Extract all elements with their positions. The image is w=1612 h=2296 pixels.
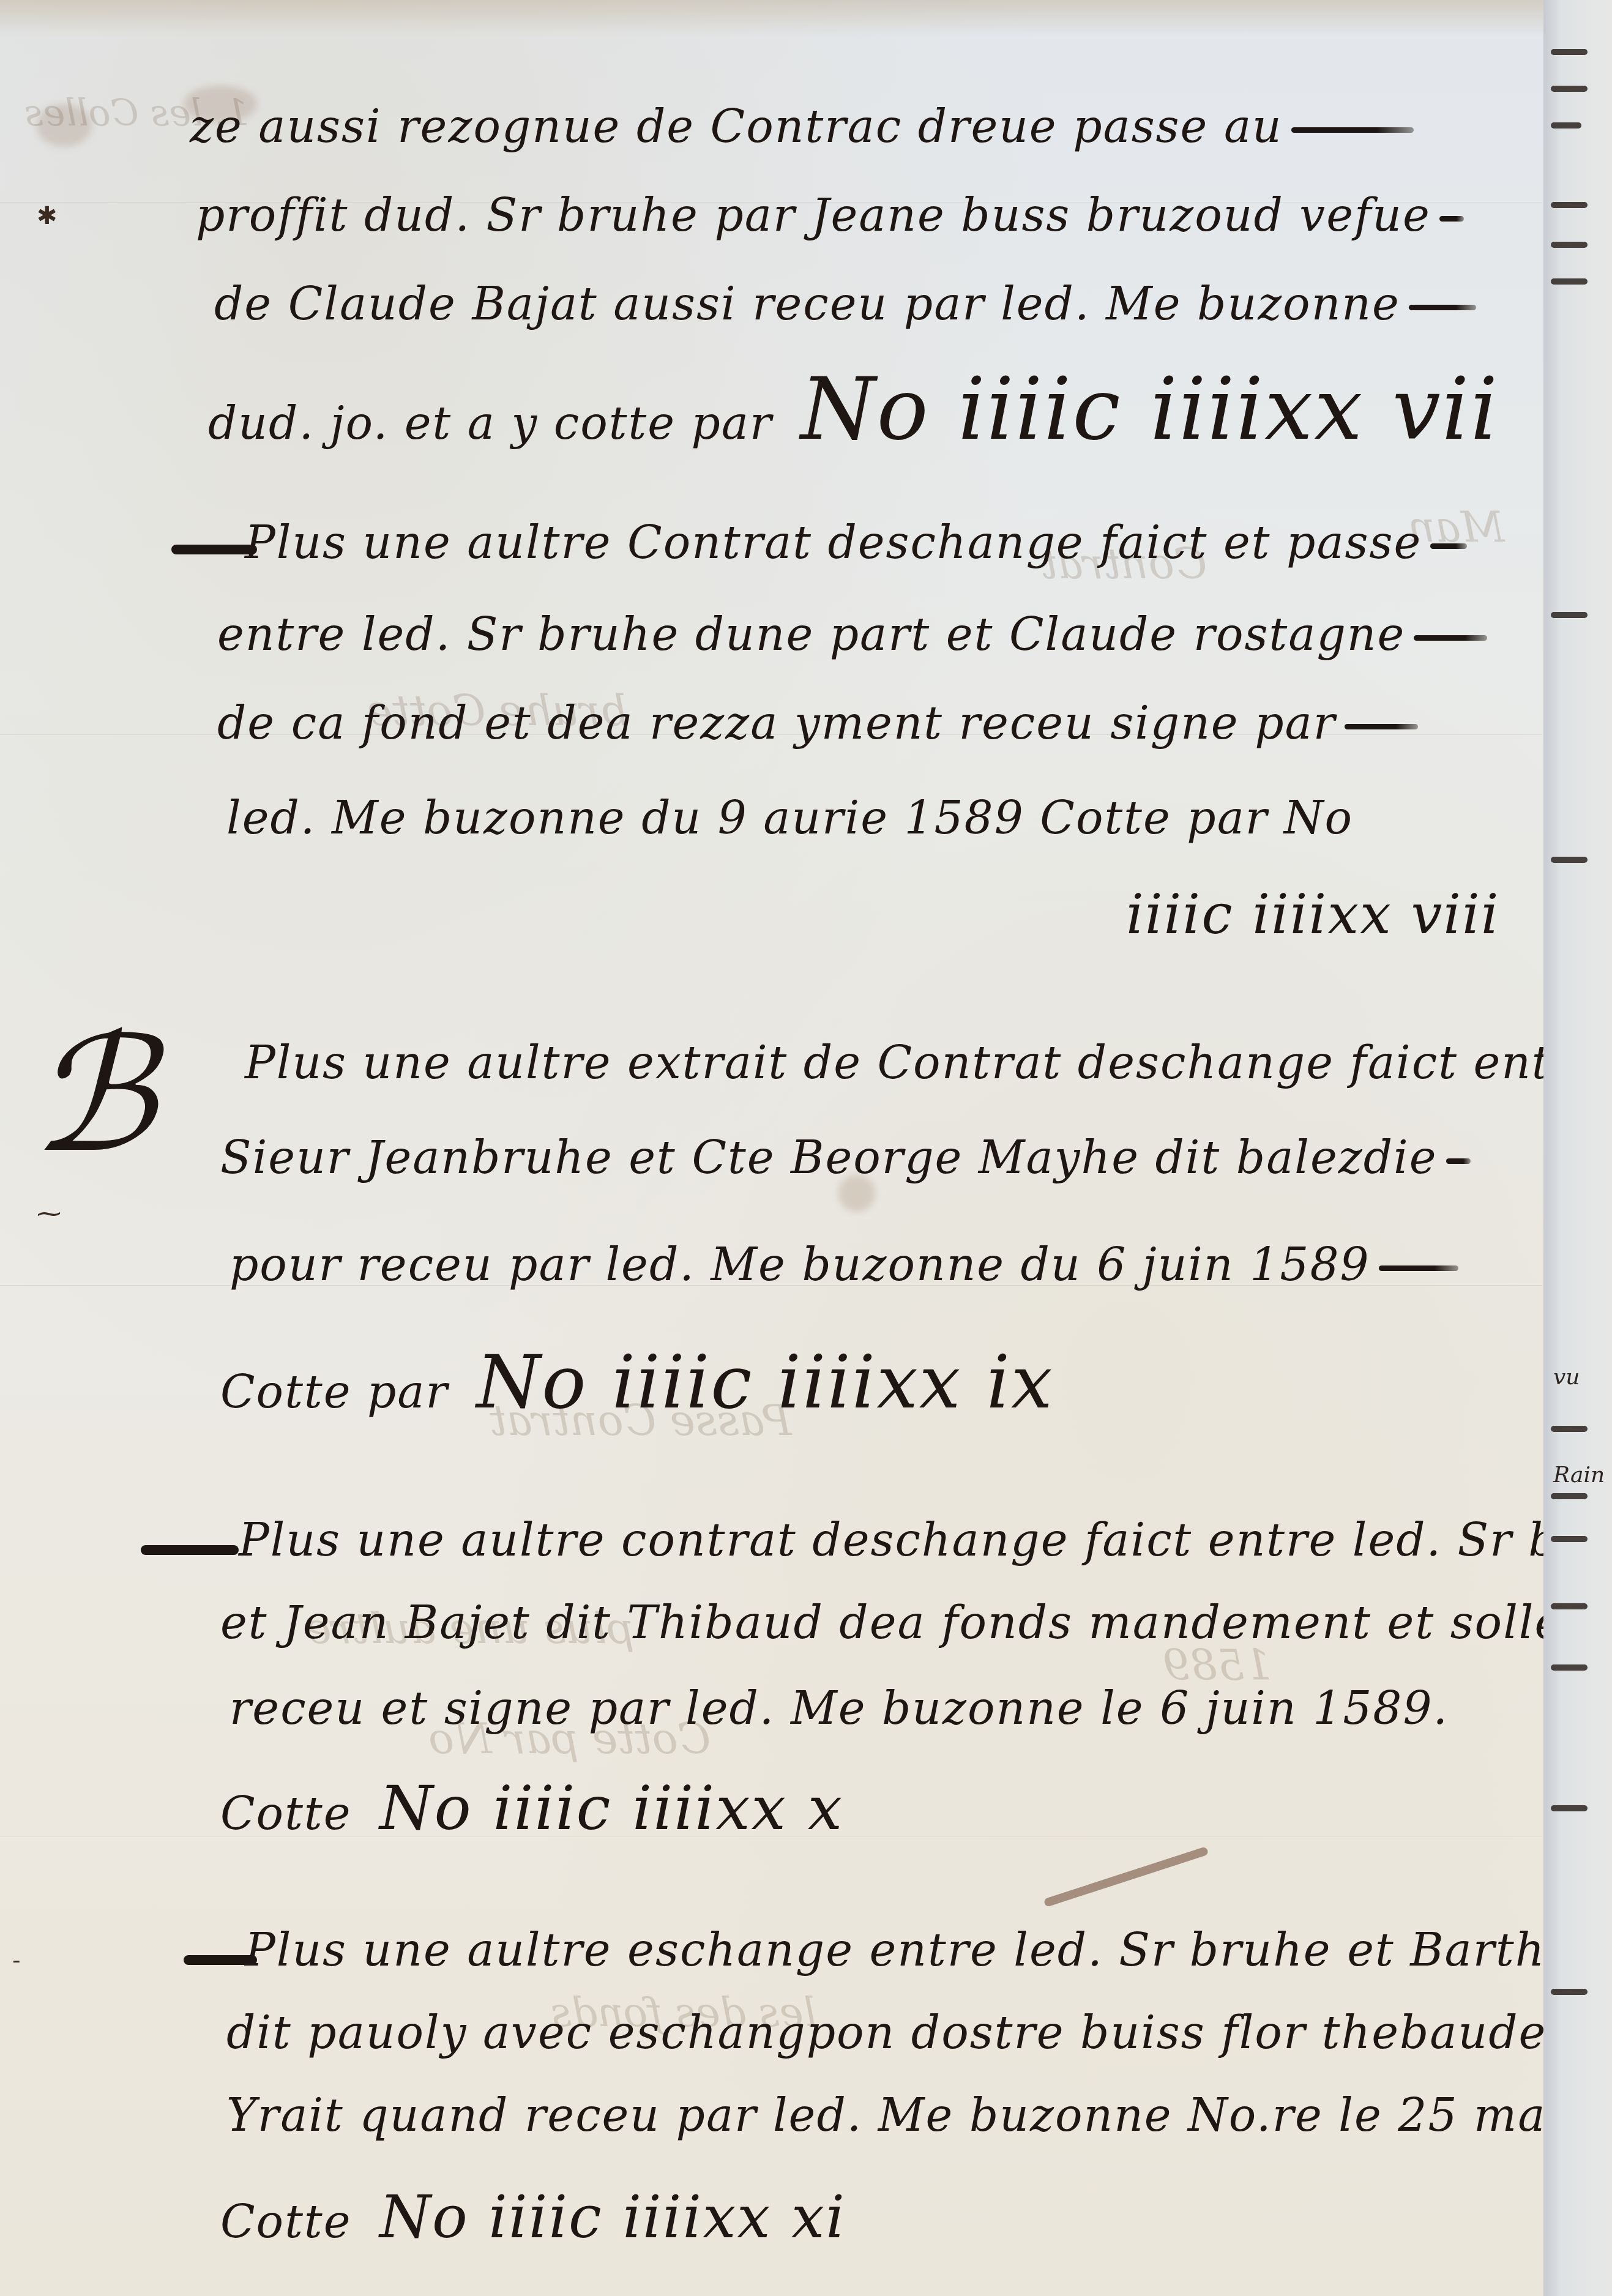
line-text: de Claude Bajat aussi receu par led. Me … — [214, 278, 1400, 330]
line-filler-stroke — [1414, 635, 1487, 641]
line-filler-stroke — [1345, 724, 1418, 729]
catalog-number: No iiiic iiiixx x — [379, 1772, 843, 1844]
edge-word-fragment: vu — [1553, 1365, 1580, 1390]
margin-mark: ✱ — [37, 202, 58, 230]
edge-ink-stroke — [1551, 1989, 1588, 1995]
entry-lead-stroke — [171, 545, 257, 554]
entry-3-line-3: receu et signe par led. Me buzonne le 6 … — [229, 1686, 1449, 1731]
entry-3-line-1: Plus une aultre contrat deschange faict … — [239, 1518, 1612, 1563]
entry-2-line-4: Cotte par No iiiic iiiixx ix — [220, 1346, 1054, 1420]
line-filler-stroke — [1291, 127, 1414, 133]
entry-4-line-3: Yrait quand receu par led. Me buzonne No… — [226, 2093, 1612, 2138]
line-text: entre led. Sr bruhe dune part et Claude … — [217, 608, 1405, 661]
edge-ink-stroke — [1551, 1493, 1588, 1499]
entry-3-line-4: Cotte No iiiic iiiixx x — [220, 1778, 843, 1839]
line-text: Plus une aultre extrait de Contrat desch… — [245, 1037, 1612, 1089]
edge-ink-stroke — [1551, 278, 1588, 285]
edge-ink-stroke — [1551, 122, 1581, 129]
edge-ink-stroke — [1551, 49, 1588, 55]
manuscript-page: 1. les Colles Contrat bruhe Cotte Man 15… — [0, 0, 1612, 2296]
underlying-page-edge: vu Rain — [1543, 0, 1612, 2296]
ink-swash — [1043, 1846, 1209, 1907]
entry-4-line-1: Plus une aultre eschange entre led. Sr b… — [245, 1928, 1612, 1973]
line-filler-stroke — [1430, 543, 1467, 549]
entry-3-line-2: et Jean Bajet dit Thibaud dea fonds mand… — [220, 1600, 1612, 1646]
entry-2-line-1: Plus une aultre extrait de Contrat desch… — [245, 1040, 1612, 1086]
catalog-number: iiiic iiiixx viii — [1126, 882, 1500, 947]
line-filler-stroke — [1446, 1158, 1471, 1164]
line-text: et Jean Bajet dit Thibaud dea fonds mand… — [220, 1597, 1612, 1649]
line-filler-stroke — [1409, 305, 1476, 310]
page-top-shadow — [0, 0, 1612, 37]
line-text: Yrait quand receu par led. Me buzonne No… — [226, 2089, 1612, 2142]
line-text: Plus une aultre contrat deschange faict … — [239, 1514, 1612, 1567]
entry-1-line-1: Plus une aultre Contrat deschange faict … — [245, 520, 1467, 565]
entry-4-line-2: dit pauoly avec eschangpon dostre buiss … — [226, 2010, 1595, 2056]
edge-ink-stroke — [1551, 242, 1588, 248]
line-text: Plus une aultre Contrat deschange faict … — [245, 516, 1422, 569]
entry-lead-stroke — [141, 1545, 239, 1555]
edge-ink-stroke — [1551, 857, 1588, 863]
line-text: ze aussi rezognue de Contrac dreue passe… — [190, 100, 1283, 153]
line-text: Plus une aultre eschange entre led. Sr b… — [245, 1924, 1612, 1977]
entry-1-line-3: de ca fond et dea rezza yment receu sign… — [217, 701, 1418, 746]
line-text: Sieur Jeanbruhe et Cte Beorge Mayhe dit … — [220, 1131, 1438, 1184]
entry-0-line-2: proffit dud. Sr bruhe par Jeane buss bru… — [196, 193, 1464, 238]
line-text: dit pauoly avec eschangpon dostre buiss … — [226, 2007, 1562, 2059]
catalog-number: No iiiic iiiixx vii — [800, 360, 1499, 460]
line-text: receu et signe par led. Me buzonne le 6 … — [229, 1682, 1449, 1735]
edge-ink-stroke — [1551, 1426, 1588, 1432]
edge-ink-stroke — [1551, 86, 1588, 92]
entry-1-catalog-number: iiiic iiiixx viii — [1126, 887, 1500, 942]
edge-ink-stroke — [1551, 1664, 1588, 1671]
catalog-number: No iiiic iiiixx xi — [379, 2183, 846, 2251]
edge-ink-stroke — [1551, 612, 1588, 618]
entry-2-line-3: pour receu par led. Me buzonne du 6 juin… — [229, 1242, 1458, 1288]
line-text: led. Me buzonne du 9 aurie 1589 Cotte pa… — [226, 792, 1353, 844]
line-text: Cotte — [220, 2196, 351, 2248]
line-filler-stroke — [1379, 1265, 1458, 1271]
initial-flourish-letter: ℬ — [31, 1016, 155, 1175]
line-text: Cotte par — [220, 1366, 449, 1418]
entry-1-line-2: entre led. Sr bruhe dune part et Claude … — [217, 612, 1487, 657]
line-text: pour receu par led. Me buzonne du 6 juin… — [229, 1239, 1370, 1291]
margin-mark: ‑ — [12, 1946, 21, 1974]
entry-0-line-4: dud. jo. et a y cotte par No iiiic iiiix… — [208, 367, 1499, 453]
entry-4-line-4: Cotte No iiiic iiiixx xi — [220, 2188, 846, 2246]
edge-word-fragment: Rain — [1553, 1463, 1605, 1488]
entry-2-line-2: Sieur Jeanbruhe et Cte Beorge Mayhe dit … — [220, 1135, 1471, 1180]
edge-ink-stroke — [1551, 1536, 1588, 1542]
ink-stain — [37, 104, 92, 147]
margin-mark: ⁓ — [37, 1199, 61, 1228]
edge-ink-stroke — [1551, 202, 1588, 208]
edge-ink-stroke — [1551, 1805, 1588, 1811]
entry-1-line-4: led. Me buzonne du 9 aurie 1589 Cotte pa… — [226, 796, 1353, 841]
line-text: Cotte — [220, 1787, 351, 1840]
line-text: dud. jo. et a y cotte par — [208, 397, 772, 450]
line-filler-stroke — [1439, 216, 1464, 222]
line-text: proffit dud. Sr bruhe par Jeane buss bru… — [196, 189, 1431, 242]
entry-0-line-3: de Claude Bajat aussi receu par led. Me … — [214, 281, 1476, 327]
entry-0-line-1: ze aussi rezognue de Contrac dreue passe… — [190, 104, 1414, 149]
catalog-number: No iiiic iiiixx ix — [476, 1340, 1053, 1425]
line-text: de ca fond et dea rezza yment receu sign… — [217, 697, 1336, 750]
edge-ink-stroke — [1551, 1603, 1588, 1609]
